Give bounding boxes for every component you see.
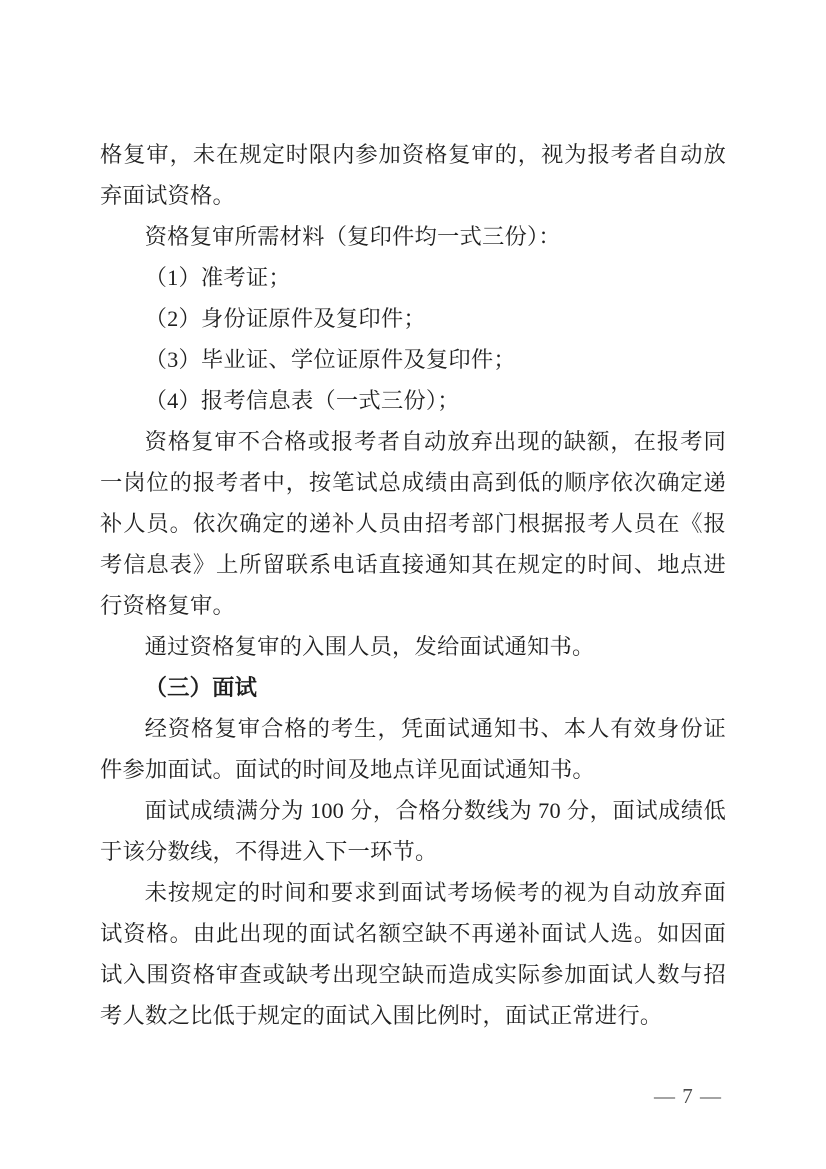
paragraph: 经资格复审合格的考生，凭面试通知书、本人有效身份证件参加面试。面试的时间及地点详… [100, 708, 726, 790]
paragraph: 格复审，未在规定时限内参加资格复审的，视为报考者自动放弃面试资格。 [100, 134, 726, 216]
document-body: 格复审，未在规定时限内参加资格复审的，视为报考者自动放弃面试资格。资格复审所需材… [100, 134, 726, 1036]
paragraph: 通过资格复审的入围人员，发给面试通知书。 [100, 626, 726, 667]
section-heading: （三）面试 [100, 667, 726, 708]
paragraph: 未按规定的时间和要求到面试考场候考的视为自动放弃面试资格。由此出现的面试名额空缺… [100, 872, 726, 1036]
paragraph: （3）毕业证、学位证原件及复印件； [100, 339, 726, 380]
paragraph: 资格复审所需材料（复印件均一式三份）： [100, 216, 726, 257]
document-page: 格复审，未在规定时限内参加资格复审的，视为报考者自动放弃面试资格。资格复审所需材… [0, 0, 826, 1169]
paragraph: 面试成绩满分为 100 分，合格分数线为 70 分，面试成绩低于该分数线，不得进… [100, 790, 726, 872]
page-number: — 7 — [654, 1084, 722, 1108]
paragraph: （1）准考证； [100, 257, 726, 298]
paragraph: 资格复审不合格或报考者自动放弃出现的缺额，在报考同一岗位的报考者中，按笔试总成绩… [100, 421, 726, 626]
paragraph: （4）报考信息表（一式三份）； [100, 380, 726, 421]
paragraph: （2）身份证原件及复印件； [100, 298, 726, 339]
